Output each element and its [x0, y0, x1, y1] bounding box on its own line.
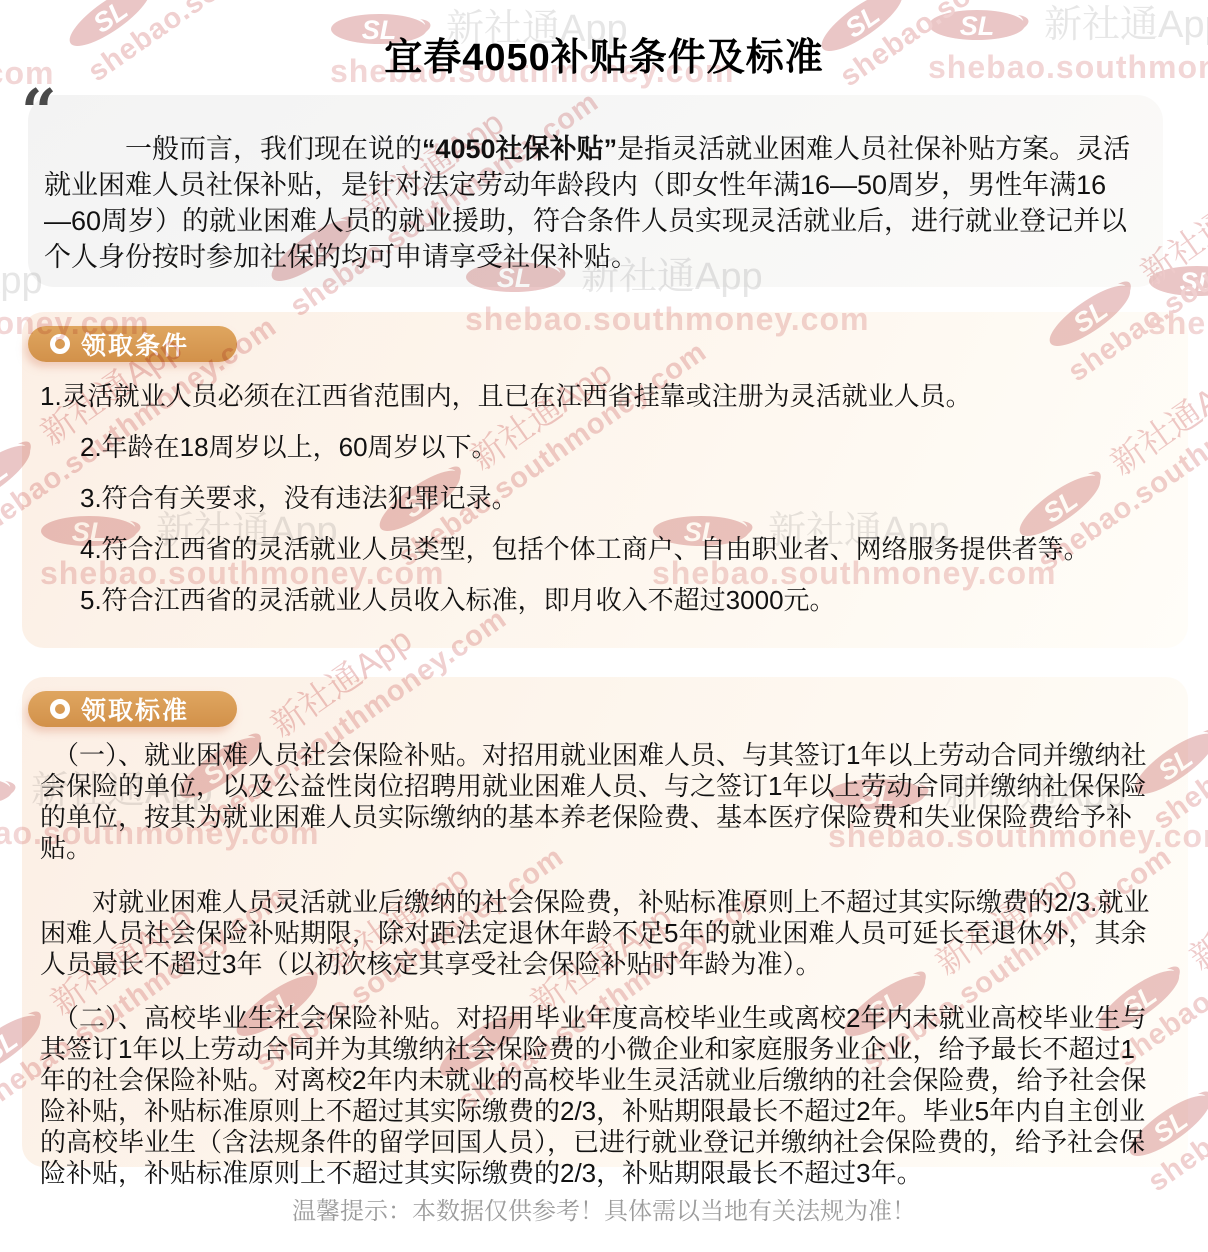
standards-paragraph: （二）、高校毕业生社会保险补贴。对招用毕业年度高校毕业生或离校2年内未就业高校毕… — [40, 1003, 1160, 1189]
condition-item: 4.符合江西省的灵活就业人员类型，包括个体工商户、自由职业者、网络服务提供者等。 — [40, 532, 1160, 566]
svg-text:SL: SL — [1180, 267, 1208, 297]
conditions-heading: 领取条件 — [81, 326, 189, 362]
intro-lead: 一般而言，我们现在说的 — [125, 134, 422, 164]
intro-card: “ 一般而言，我们现在说的“4050社保补贴”是指灵活就业困难人员社保补贴方案。… — [28, 95, 1163, 287]
circle-icon — [50, 699, 70, 719]
svg-text:SL: SL — [0, 454, 13, 498]
svg-text:SL: SL — [0, 1024, 23, 1068]
standards-paragraph: （一）、就业困难人员社会保险补贴。对招用就业困难人员、与其签订1年以上劳动合同并… — [40, 740, 1160, 864]
standards-paragraph: 对就业困难人员灵活就业后缴纳的社会保险费，补贴标准原则上不超过其实际缴费的2/3… — [40, 887, 1160, 980]
standards-heading: 领取标准 — [81, 691, 189, 727]
article-page: SL新社通Appshebao.southmoney.comSL新社通Appshe… — [0, 0, 1208, 1252]
intro-highlight: “4050社保补贴” — [422, 134, 617, 164]
condition-item: 3.符合有关要求，没有违法犯罪记录。 — [40, 481, 1160, 515]
section-conditions: 领取条件 1.灵活就业人员必须在江西省范围内，且已在江西省挂靠或注册为灵活就业人… — [22, 312, 1188, 648]
standards-badge: 领取标准 — [28, 691, 237, 727]
circle-icon — [50, 334, 70, 354]
quote-icon: “ — [21, 81, 57, 143]
intro-paragraph: 一般而言，我们现在说的“4050社保补贴”是指灵活就业困难人员社保补贴方案。灵活… — [28, 95, 1163, 275]
footer-note: 温馨提示：本数据仅供参考！具体需以当地有关法规为准！ — [0, 1191, 1208, 1226]
conditions-badge: 领取条件 — [28, 326, 237, 362]
section-standards: 领取标准 （一）、就业困难人员社会保险补贴。对招用就业困难人员、与其签订1年以上… — [22, 677, 1188, 1167]
condition-item: 1.灵活就业人员必须在江西省范围内，且已在江西省挂靠或注册为灵活就业人员。 — [40, 379, 1160, 413]
page-title: 宜春4050补贴条件及标准 — [0, 26, 1208, 81]
condition-item: 2.年龄在18周岁以上，60周岁以下。 — [40, 430, 1160, 464]
sl-logo-icon: SL — [0, 774, 21, 808]
condition-item: 5.符合江西省的灵活就业人员收入标准，即月收入不超过3000元。 — [40, 583, 1160, 617]
